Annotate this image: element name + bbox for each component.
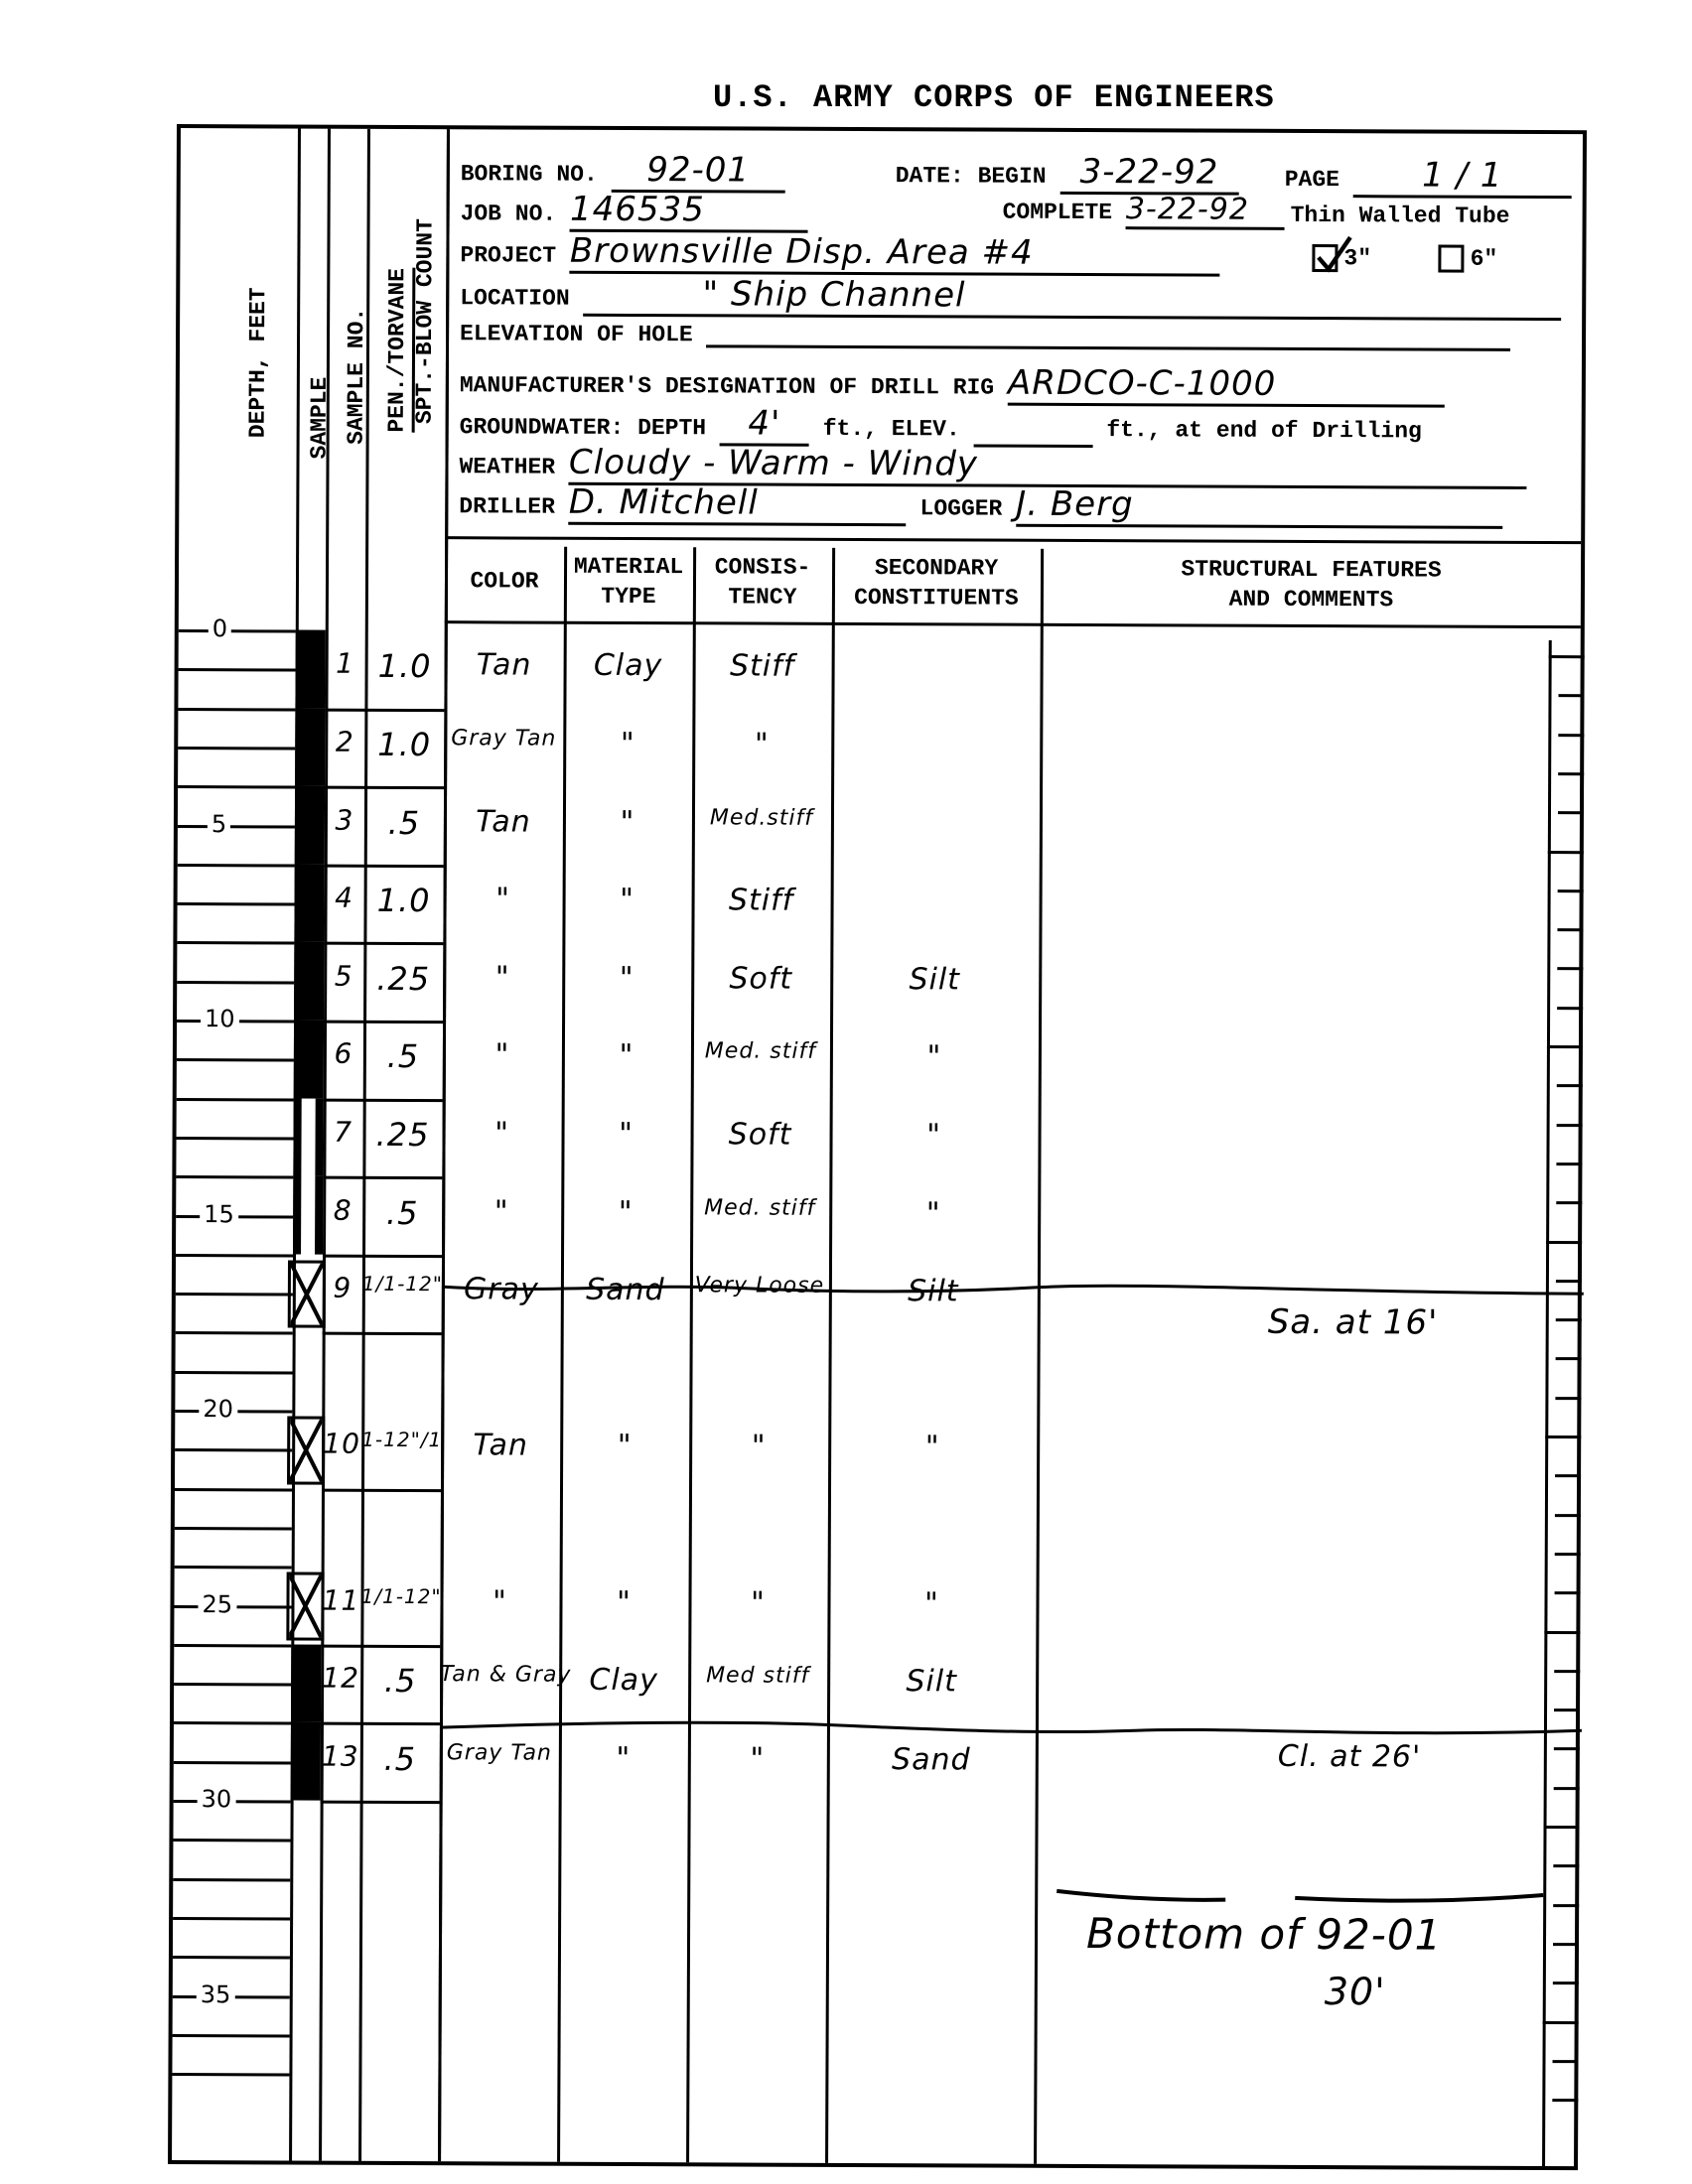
depth-tick	[173, 1839, 290, 1843]
sample-row-divider	[322, 1488, 441, 1492]
job-no-label: JOB NO.	[461, 201, 557, 226]
sampler-recovery-bar	[294, 942, 324, 1021]
right-scale-tick	[1552, 2060, 1578, 2063]
groundwater-depth-value: 4'	[720, 403, 809, 446]
logger-value: J. Berg	[1016, 484, 1502, 529]
material-type-value: "	[562, 1038, 691, 1074]
sample-row-divider	[324, 1098, 443, 1102]
sample-row-divider	[324, 1021, 443, 1024]
groundwater-elev-label: ft., ELEV.	[823, 416, 960, 443]
material-type-value: "	[561, 1194, 690, 1230]
color-value: Tan & Gray	[440, 1662, 559, 1688]
sample-row-divider	[321, 1722, 440, 1726]
sample-no: 6	[324, 1037, 363, 1070]
driller-value: D. Mitchell	[569, 482, 907, 526]
pen-torvane-value: 1.0	[364, 726, 444, 763]
secondary-header-line2: CONSTITUENTS	[832, 583, 1041, 614]
secondary-constituent-value: "	[830, 1039, 1039, 1075]
drill-rig-row: MANUFACTURER'S DESIGNATION OF DRILL RIG …	[460, 360, 1445, 407]
tube-3in-checkbox[interactable]	[1312, 244, 1338, 272]
sample-header: SAMPLE	[307, 377, 333, 460]
material-header-line1: MATERIAL	[564, 552, 693, 583]
sample-row-divider	[325, 864, 444, 868]
consistency-value: "	[692, 727, 831, 762]
secondary-constituent-value: "	[829, 1195, 1038, 1231]
sample-row-divider	[323, 1254, 442, 1258]
right-scale-divider	[1542, 640, 1552, 2166]
sample-row-divider	[323, 1176, 442, 1180]
col-divider	[1034, 549, 1044, 2164]
secondary-constituent-value: "	[829, 1118, 1038, 1154]
right-scale-tick	[1558, 694, 1584, 697]
depth-feet-header: DEPTH, FEET	[245, 287, 272, 438]
depth-tick	[179, 668, 296, 672]
boring-no-label: BORING NO.	[461, 161, 598, 188]
consistency-value: Soft	[690, 1117, 829, 1153]
color-value: "	[440, 1584, 559, 1620]
driller-row: DRILLER D. Mitchell LOGGER J. Berg	[459, 481, 1502, 529]
date-complete-label: COMPLETE	[1003, 200, 1113, 225]
depth-column	[172, 128, 301, 2161]
right-scale-tick	[1558, 734, 1584, 737]
sample-row-divider	[321, 1644, 440, 1648]
right-scale-tick	[1544, 1631, 1580, 1634]
color-value: Gray Tan	[440, 1740, 559, 1766]
right-scale-tick	[1553, 1943, 1579, 1946]
structural-features-header: STRUCTURAL FEATURES AND COMMENTS	[1041, 554, 1582, 615]
depth-tick	[178, 747, 295, 751]
pen-torvane-value: .5	[362, 1193, 442, 1231]
pen-torvane-value: .5	[364, 803, 444, 841]
job-no-row: JOB NO. 146535	[461, 189, 809, 233]
right-scale-tick	[1544, 1826, 1580, 1829]
column-header-divider	[445, 620, 1581, 628]
pen-torvane-value: .5	[360, 1740, 440, 1778]
depth-label: 15	[200, 1200, 238, 1228]
date-begin-row: DATE: BEGIN 3-22-92	[896, 151, 1239, 196]
depth-label: 10	[201, 1005, 239, 1032]
secondary-constituent-value	[831, 805, 1040, 806]
right-scale-tick	[1555, 1591, 1581, 1594]
sample-no: 11	[321, 1583, 360, 1616]
right-scale-tick	[1558, 811, 1584, 814]
depth-tick	[178, 864, 295, 868]
depth-label: 0	[209, 614, 231, 642]
pen-torvane-value: .5	[363, 1037, 443, 1075]
material-type-value: "	[563, 727, 692, 762]
weather-label: WEATHER	[459, 454, 555, 479]
right-scale-tick	[1556, 1201, 1582, 1204]
sampler-recovery-bar	[295, 630, 325, 709]
page-label: PAGE	[1285, 167, 1339, 193]
consistency-value: Med. stiff	[691, 1039, 830, 1065]
pen-torvane-value: 1/1-12"	[360, 1583, 440, 1607]
sampler-recovery-bar	[293, 1176, 301, 1255]
right-scale-tick	[1546, 1241, 1582, 1244]
material-type-value: "	[560, 1429, 689, 1464]
location-row: LOCATION " Ship Channel	[460, 273, 1561, 321]
depth-tick	[178, 708, 295, 712]
depth-tick	[176, 1331, 293, 1335]
right-scale-tick	[1554, 1670, 1580, 1673]
right-scale-tick	[1556, 1357, 1582, 1360]
right-scale-tick	[1557, 1124, 1583, 1127]
drill-rig-label: MANUFACTURER'S DESIGNATION OF DRILL RIG	[460, 372, 994, 400]
sample-no: 10	[322, 1428, 361, 1460]
depth-label: 35	[197, 1980, 235, 2008]
elevation-label: ELEVATION OF HOLE	[460, 321, 693, 347]
depth-tick	[176, 1293, 293, 1297]
pen-torvane-header: PEN./TORVANE	[384, 268, 416, 433]
sample-no: 3	[325, 803, 364, 836]
elevation-row: ELEVATION OF HOLE	[460, 318, 1511, 351]
right-scale-tick	[1545, 1435, 1581, 1438]
right-scale-tick	[1553, 1981, 1579, 1984]
sample-no: 12	[321, 1662, 360, 1695]
date-complete-value: 3-22-92	[1126, 192, 1285, 230]
depth-tick	[175, 1488, 292, 1492]
form-title: U.S. ARMY CORPS OF ENGINEERS	[713, 79, 1275, 116]
tube-3in-label: 3"	[1343, 245, 1371, 271]
depth-tick	[177, 1137, 294, 1141]
right-scale-tick	[1556, 1280, 1582, 1283]
consistency-value: Med.stiff	[692, 805, 831, 831]
consistency-value: "	[688, 1741, 827, 1777]
depth-tick	[174, 1683, 291, 1687]
right-scale-tick	[1553, 1864, 1579, 1867]
location-value: " Ship Channel	[583, 274, 1561, 321]
depth-tick	[173, 1878, 290, 1882]
right-scale-tick	[1549, 655, 1585, 658]
secondary-constituent-value	[831, 884, 1040, 885]
depth-tick	[178, 785, 295, 789]
color-value: "	[442, 1116, 561, 1152]
color-value: "	[442, 1194, 561, 1230]
pen-torvane-value: 1.0	[364, 882, 444, 919]
right-scale-tick	[1547, 1045, 1583, 1048]
secondary-constituent-value	[831, 728, 1040, 729]
spt-sample-x-icon	[287, 1416, 325, 1484]
boring-log-form: DEPTH, FEET SAMPLE SAMPLE NO. PEN./TORVA…	[168, 124, 1587, 2170]
color-value: Tan	[444, 804, 563, 840]
depth-label: 5	[208, 810, 230, 838]
sample-no-header: SAMPLE NO.	[344, 308, 370, 445]
depth-tick	[175, 1527, 292, 1531]
color-value: Gray Tan	[444, 726, 563, 751]
depth-tick	[178, 902, 295, 906]
sample-row-divider	[325, 786, 444, 790]
driller-label: DRILLER	[459, 493, 555, 519]
secondary-constituent-value: "	[827, 1585, 1036, 1621]
secondary-constituent-value	[832, 649, 1041, 650]
end-of-log-underline	[1047, 1887, 1563, 1909]
thin-walled-tube-label: Thin Walled Tube	[1291, 203, 1510, 229]
depth-label: 20	[199, 1395, 237, 1423]
comment-bottom-depth: 30'	[1325, 1970, 1386, 2013]
secondary-constituent-value: "	[828, 1430, 1037, 1465]
right-scale-tick	[1554, 1787, 1580, 1790]
right-scale-tick	[1557, 1007, 1583, 1010]
color-value: Tan	[441, 1428, 560, 1463]
sampler-recovery-bar	[291, 1722, 321, 1801]
logger-label: LOGGER	[920, 495, 1003, 521]
header-divider	[445, 536, 1581, 544]
depth-tick	[176, 1371, 293, 1375]
spt-sample-x-icon	[286, 1572, 324, 1641]
spt-blow-count-header: SPT.-BLOW COUNT	[412, 218, 439, 424]
secondary-constituent-value: Sand	[827, 1742, 1036, 1778]
structural-header-line2: AND COMMENTS	[1041, 584, 1582, 615]
right-scale-tick	[1557, 967, 1583, 970]
depth-tick	[176, 1175, 293, 1179]
pen-torvane-value: 1.0	[365, 647, 445, 685]
comment-bottom-of-boring: Bottom of 92-01	[1086, 1909, 1442, 1960]
spt-sample-x-icon	[288, 1260, 326, 1328]
sample-no: 1	[326, 647, 365, 680]
sample-no: 9	[323, 1272, 362, 1304]
project-value: Brownsville Disp. Area #4	[570, 231, 1220, 277]
date-complete-row: COMPLETE 3-22-92	[1003, 192, 1285, 230]
consistency-header-line2: TENCY	[693, 582, 832, 613]
right-scale-tick	[1555, 1553, 1581, 1556]
consistency-value: "	[688, 1585, 827, 1621]
depth-tick	[179, 629, 296, 633]
consistency-value: Med. stiff	[690, 1195, 829, 1221]
col-divider	[557, 547, 567, 2162]
groundwater-end-label: ft., at end of Drilling	[1106, 417, 1422, 444]
boring-no-row: BORING NO. 92-01	[461, 149, 785, 193]
depth-tick	[173, 1917, 290, 1921]
depth-tick	[173, 1956, 290, 1960]
material-type-value: "	[562, 960, 691, 996]
location-label: LOCATION	[460, 285, 570, 311]
page-value: 1 / 1	[1353, 155, 1572, 199]
right-scale-tick	[1555, 1397, 1581, 1400]
elevation-value	[706, 319, 1510, 351]
depth-tick	[176, 1254, 293, 1258]
right-scale-tick	[1548, 851, 1584, 854]
right-scale-tick	[1554, 1708, 1580, 1711]
depth-tick	[174, 1644, 291, 1648]
material-type-value: Clay	[559, 1663, 688, 1699]
pen-torvane-value: .5	[360, 1662, 440, 1700]
depth-tick	[178, 825, 295, 829]
material-type-value: "	[563, 883, 692, 918]
project-row: PROJECT Brownsville Disp. Area #4	[460, 230, 1220, 276]
col-divider	[825, 548, 835, 2163]
depth-tick	[172, 2073, 289, 2077]
sampler-recovery-bar	[315, 1176, 323, 1255]
comment-sand-at-16: Sa. at 16'	[1268, 1302, 1439, 1343]
right-scale-tick	[1556, 1162, 1582, 1165]
structural-header-line1: STRUCTURAL FEATURES	[1041, 554, 1582, 586]
depth-tick	[177, 981, 294, 985]
consistency-value: Stiff	[692, 883, 831, 918]
right-scale-tick	[1552, 2099, 1578, 2102]
depth-tick	[174, 1721, 291, 1725]
material-type-value: "	[559, 1740, 688, 1776]
consistency-header-line1: CONSIS-	[693, 552, 832, 583]
sample-no: 4	[325, 882, 364, 914]
sampler-recovery-bar	[293, 1098, 301, 1176]
date-begin-label: DATE: BEGIN	[896, 163, 1047, 190]
pen-torvane-value: .25	[362, 1116, 442, 1154]
drill-rig-value: ARDCO-C-1000	[1008, 363, 1445, 408]
pen-torvane-value: .25	[363, 960, 443, 998]
color-value: "	[443, 960, 562, 996]
secondary-constituent-value: Silt	[830, 962, 1039, 998]
depth-tick	[177, 941, 294, 945]
material-type-value: "	[561, 1117, 690, 1153]
sampler-recovery-bar	[315, 1098, 323, 1176]
sample-no: 2	[325, 726, 364, 758]
right-scale-tick	[1554, 1747, 1580, 1750]
sampler-recovery-bar	[295, 708, 325, 786]
depth-tick	[175, 1566, 292, 1570]
col-divider	[686, 547, 696, 2162]
depth-tick	[177, 1098, 294, 1102]
boring-no-value: 92-01	[612, 150, 785, 194]
right-scale-tick	[1557, 1084, 1583, 1087]
right-scale-tick	[1558, 889, 1584, 892]
secondary-constituent-value: Silt	[827, 1664, 1036, 1700]
sampler-recovery-bar	[291, 1644, 321, 1722]
pen-torvane-value: 1/1-12"	[362, 1272, 442, 1296]
color-value: "	[444, 882, 563, 917]
page-row: PAGE 1 / 1	[1285, 155, 1572, 199]
depth-label: 25	[198, 1590, 236, 1618]
right-scale-tick	[1543, 2021, 1579, 2024]
sample-row-divider	[323, 1332, 442, 1336]
project-label: PROJECT	[460, 242, 556, 268]
depth-label: 30	[198, 1785, 236, 1813]
color-value: "	[443, 1037, 562, 1073]
depth-tick	[173, 2034, 290, 2038]
secondary-header-line1: SECONDARY	[832, 553, 1041, 584]
depth-tick	[177, 1058, 294, 1062]
material-header-line2: TYPE	[564, 582, 693, 613]
tube-6in-label: 6"	[1471, 246, 1498, 272]
consistency-value: Soft	[691, 961, 830, 997]
secondary-constituents-header: SECONDARY CONSTITUENTS	[832, 553, 1041, 614]
tube-size-options: 3" 6"	[1312, 244, 1497, 273]
right-scale-tick	[1555, 1514, 1581, 1517]
sample-row-divider	[324, 942, 443, 946]
job-no-value: 146535	[570, 190, 808, 233]
material-type-value: "	[559, 1584, 688, 1620]
sample-row-divider	[321, 1801, 440, 1805]
consistency-header: CONSIS- TENCY	[693, 552, 832, 613]
sample-row-divider	[325, 708, 444, 712]
comment-clay-at-26: Cl. at 26'	[1278, 1739, 1422, 1775]
sampler-recovery-bar	[294, 1021, 324, 1099]
right-scale-tick	[1558, 772, 1584, 775]
depth-tick	[174, 1761, 291, 1765]
sample-no: 8	[323, 1193, 362, 1226]
color-value: Tan	[445, 647, 564, 683]
groundwater-label: GROUNDWATER: DEPTH	[460, 414, 707, 441]
material-type-header: MATERIAL TYPE	[564, 552, 693, 613]
pen-torvane-value: 1-12"/1	[361, 1428, 441, 1451]
consistency-value: Stiff	[693, 649, 832, 685]
sample-no: 7	[324, 1116, 363, 1149]
right-scale-tick	[1555, 1474, 1581, 1477]
sample-no: 5	[324, 959, 363, 992]
sampler-recovery-bar	[294, 864, 324, 942]
sampler-recovery-bar	[295, 786, 325, 865]
consistency-value: "	[689, 1430, 828, 1465]
sample-no: 13	[321, 1739, 360, 1772]
right-scale-tick	[1556, 1318, 1582, 1321]
date-begin-value: 3-22-92	[1059, 152, 1238, 196]
right-scale-tick	[1557, 928, 1583, 931]
material-type-value: Clay	[564, 648, 693, 684]
consistency-value: Med stiff	[688, 1663, 827, 1689]
color-header: COLOR	[445, 566, 564, 597]
tube-6in-checkbox[interactable]	[1439, 245, 1465, 273]
depth-tick	[175, 1448, 292, 1452]
material-type-value: "	[563, 804, 692, 840]
